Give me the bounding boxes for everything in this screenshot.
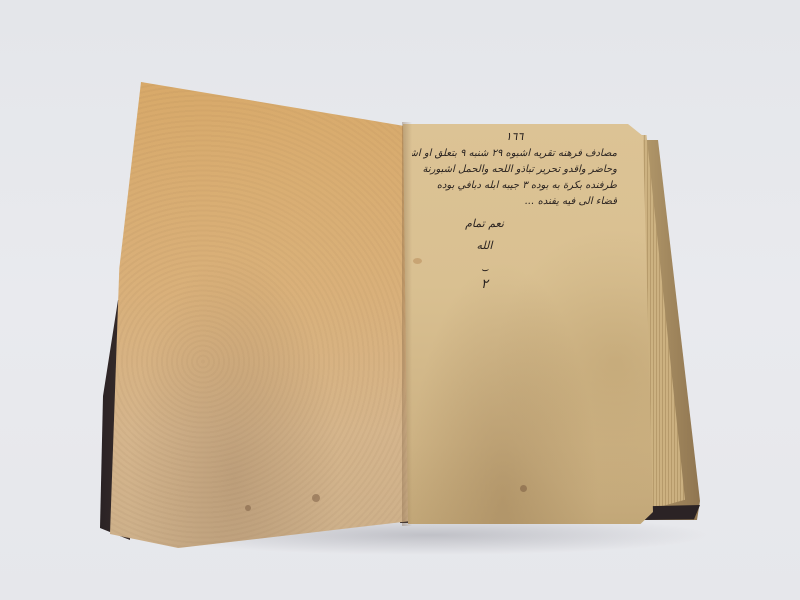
handwritten-note: ١٦٦ مصادف فرهنه تقريه اشبوه ٢٩ شنبه ٩ بت…	[412, 130, 617, 292]
signature: الله	[412, 238, 557, 254]
note-line: قضاء الى فيه يفنده ...	[412, 194, 617, 210]
note-line: طرفنده بكرة به بوده ٣ جيبه ابله دبافي بو…	[412, 178, 617, 194]
folio-mark: ٢	[412, 277, 557, 292]
signature: نعم تمام	[412, 216, 557, 232]
ornament-flourish: ⌣	[412, 262, 557, 277]
book-gutter	[402, 122, 412, 526]
photo-scene: ١٦٦ مصادف فرهنه تقريه اشبوه ٢٩ شنبه ٩ بت…	[0, 0, 800, 600]
note-line: وحاضر واقدو تحرير تباذو اللحه والحمل اشب…	[412, 162, 617, 178]
stain-spot	[245, 505, 251, 511]
page-number: ١٦٦	[412, 130, 617, 143]
left-page	[110, 82, 420, 548]
note-line: مصادف فرهنه تقريه اشبوه ٢٩ شنبه ٩ بتعلق …	[412, 146, 617, 162]
stain-spot	[520, 485, 527, 492]
stain-spot	[312, 494, 320, 502]
